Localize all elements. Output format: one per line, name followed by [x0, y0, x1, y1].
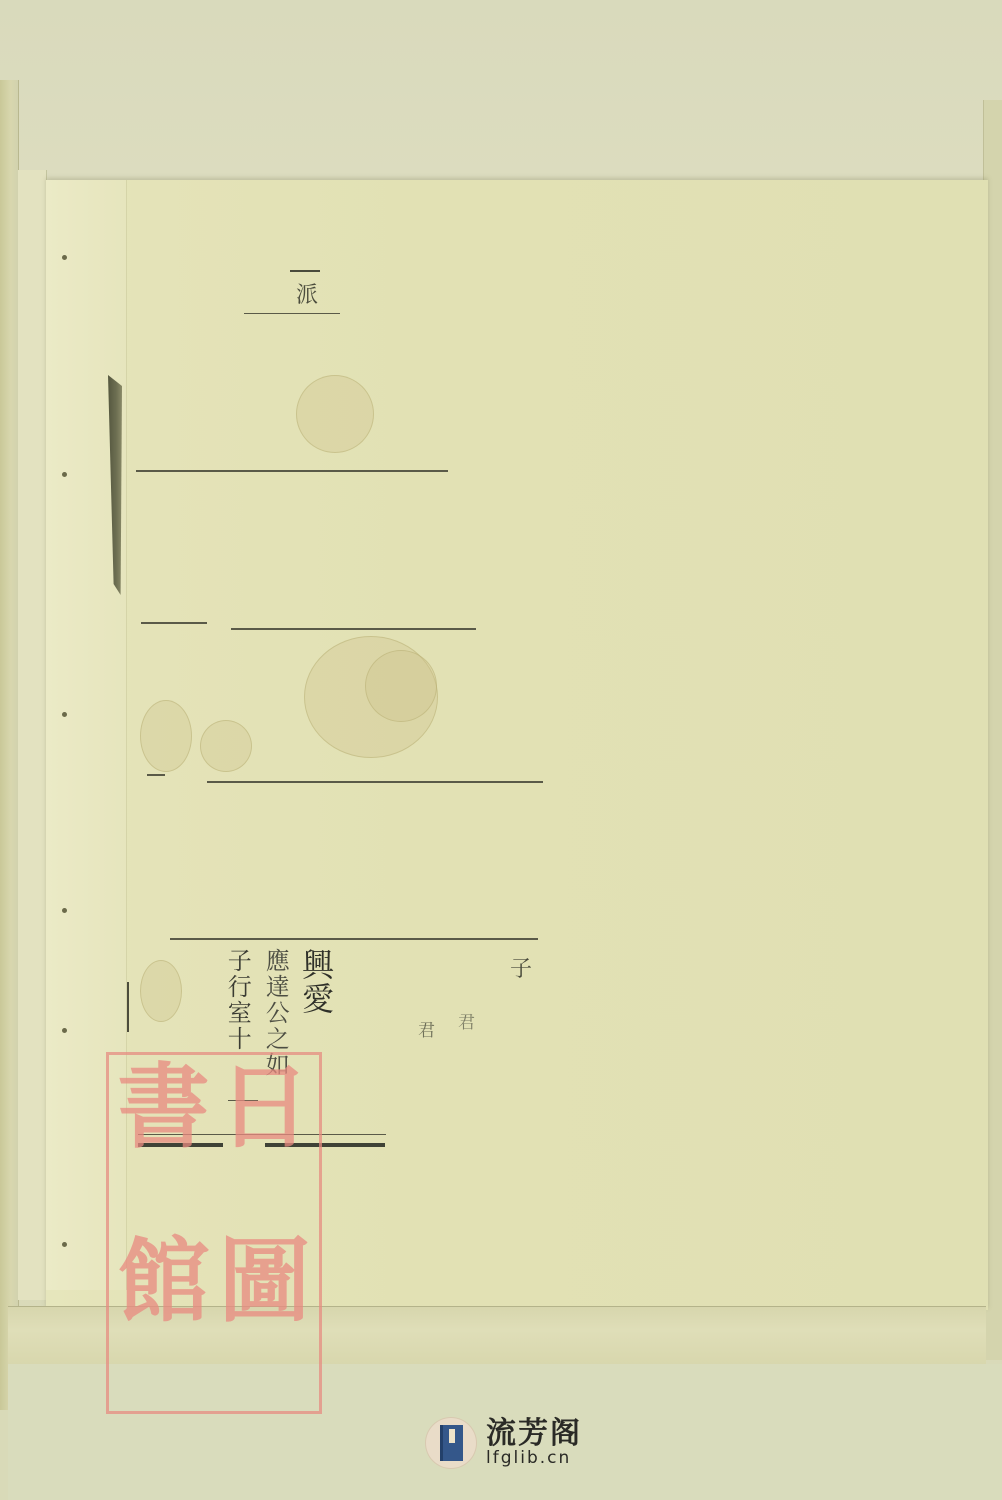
right-mark: 子: [510, 952, 532, 983]
faint-char: 君: [418, 1016, 435, 1041]
binding-hole: [62, 1242, 67, 1247]
generation-rule: [141, 622, 207, 624]
binding-hole: [62, 255, 67, 260]
person-name: 興愛: [300, 948, 332, 1016]
header-mark: 派: [296, 278, 318, 309]
library-seal: 書 日 館 圖: [106, 1052, 322, 1414]
generation-rule: [147, 774, 165, 776]
left-binding-edge: [0, 80, 19, 1410]
left-paper-strip: [18, 170, 47, 1300]
water-stain: [140, 700, 192, 772]
header-underline: [244, 313, 340, 314]
binding-hole: [62, 472, 67, 477]
generation-rule: [170, 938, 538, 940]
binding-hole: [62, 1028, 67, 1033]
seal-char: 書: [115, 1061, 212, 1231]
generation-rule: [136, 470, 448, 472]
water-stain: [200, 720, 252, 772]
binding-hole: [62, 908, 67, 913]
water-stain: [365, 650, 437, 722]
watermark-url: lfglib.cn: [486, 1450, 582, 1468]
water-stain: [296, 375, 374, 453]
watermark-name: 流芳阁: [486, 1418, 582, 1450]
binding-hole: [62, 712, 67, 717]
book-icon: [426, 1418, 476, 1468]
seal-char: 日: [216, 1061, 313, 1231]
seal-char: 館: [115, 1235, 212, 1405]
generation-rule: [231, 628, 476, 630]
lineage-vertical: [127, 982, 129, 1032]
seal-char: 圖: [216, 1235, 313, 1405]
faint-char: 君: [458, 1008, 475, 1033]
water-stain: [140, 960, 182, 1022]
watermark-logo: 流芳阁 lfglib.cn: [426, 1418, 582, 1468]
generation-rule: [207, 781, 543, 783]
note-line: 子行室十: [224, 948, 249, 1052]
header-rule: [290, 270, 320, 272]
